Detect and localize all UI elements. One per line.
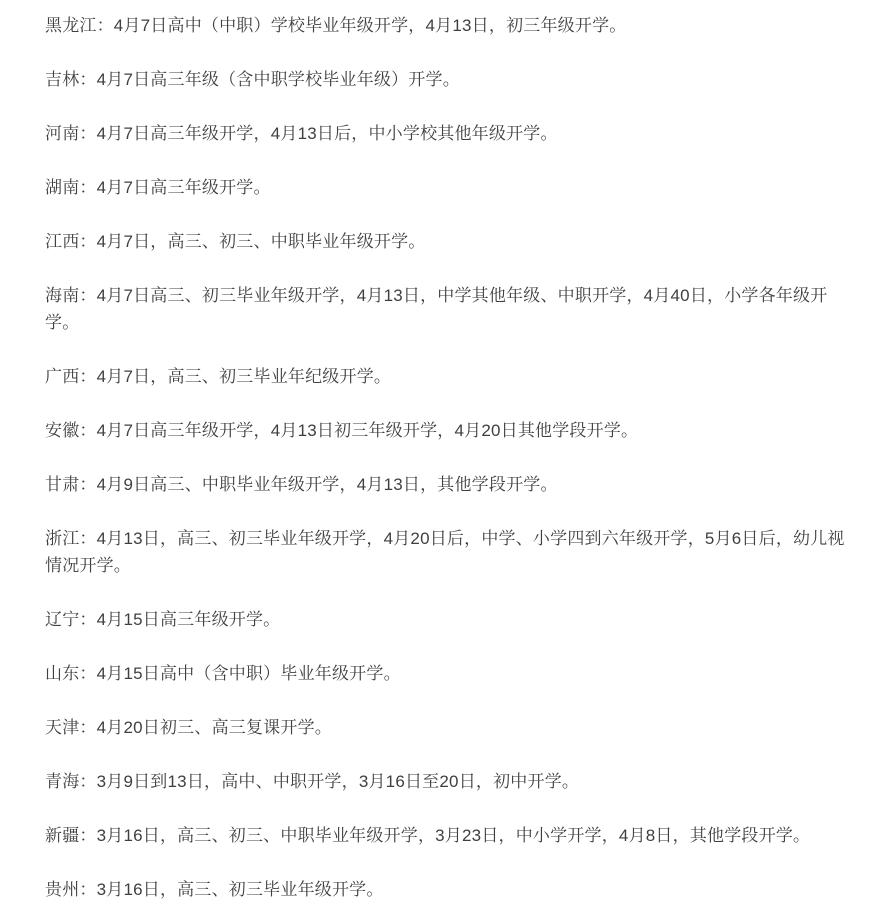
reopening-entry-zhejiang: 浙江：4月13日，高三、初三毕业年级开学，4月20日后，中学、小学四到六年级开学…: [45, 525, 857, 579]
reopening-entry-guangxi: 广西：4月7日，高三、初三毕业年纪级开学。: [45, 363, 857, 390]
reopening-schedule-document: 黑龙江：4月7日高中（中职）学校毕业年级开学，4月13日，初三年级开学。 吉林：…: [0, 0, 891, 901]
reopening-entry-liaoning: 辽宁：4月15日高三年级开学。: [45, 606, 857, 633]
reopening-entry-tianjin: 天津：4月20日初三、高三复课开学。: [45, 714, 857, 741]
reopening-entry-jiangxi: 江西：4月7日，高三、初三、中职毕业年级开学。: [45, 228, 857, 255]
reopening-entry-xinjiang: 新疆：3月16日，高三、初三、中职毕业年级开学，3月23日，中小学开学，4月8日…: [45, 822, 857, 849]
reopening-entry-shandong: 山东：4月15日高中（含中职）毕业年级开学。: [45, 660, 857, 687]
reopening-entry-gansu: 甘肃：4月9日高三、中职毕业年级开学，4月13日，其他学段开学。: [45, 471, 857, 498]
reopening-entry-qinghai: 青海：3月9日到13日，高中、中职开学，3月16日至20日，初中开学。: [45, 768, 857, 795]
reopening-entry-jilin: 吉林：4月7日高三年级（含中职学校毕业年级）开学。: [45, 66, 857, 93]
reopening-entry-henan: 河南：4月7日高三年级开学，4月13日后，中小学校其他年级开学。: [45, 120, 857, 147]
reopening-entry-anhui: 安徽：4月7日高三年级开学，4月13日初三年级开学，4月20日其他学段开学。: [45, 417, 857, 444]
reopening-entry-hunan: 湖南：4月7日高三年级开学。: [45, 174, 857, 201]
reopening-entry-hainan: 海南：4月7日高三、初三毕业年级开学，4月13日，中学其他年级、中职开学，4月4…: [45, 282, 857, 336]
reopening-entry-heilongjiang: 黑龙江：4月7日高中（中职）学校毕业年级开学，4月13日，初三年级开学。: [45, 12, 857, 39]
reopening-entry-guizhou: 贵州：3月16日，高三、初三毕业年级开学。: [45, 876, 857, 901]
